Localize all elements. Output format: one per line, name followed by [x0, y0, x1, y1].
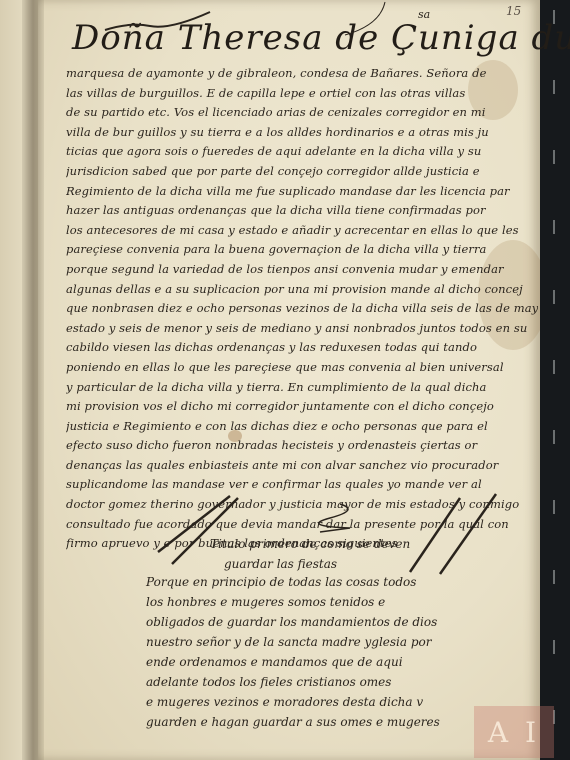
text-line: porque segund la variedad de los tienpos…: [66, 260, 538, 280]
edge-mark: [553, 500, 555, 514]
edge-mark: [553, 430, 555, 444]
edge-mark: [553, 570, 555, 584]
text-line: mi provision vos el dicho mi corregidor …: [66, 397, 538, 417]
text-line: nuestro señor y de la sancta madre ygles…: [146, 632, 486, 652]
text-line: jurisdicion sabed que por parte del conç…: [66, 162, 538, 182]
binding-gutter: [22, 0, 44, 760]
ordinance-text: Porque en principio de todas las cosas t…: [146, 572, 486, 732]
text-line: cabildo viesen las dichas ordenanças y l…: [66, 338, 538, 358]
title-line: Titulo primero de como se deven: [210, 534, 440, 554]
text-line: que nonbrasen diez e ocho personas vezin…: [66, 299, 538, 319]
section-title: Titulo primero de como se deven guardar …: [210, 534, 440, 574]
title-line: guardar las fiestas: [210, 554, 440, 574]
text-line: estado y seis de menor y seis de mediano…: [66, 319, 538, 339]
text-line: efecto suso dicho fueron nonbradas hecis…: [66, 436, 538, 456]
letter-body: marquesa de ayamonte y de gibraleon, con…: [66, 64, 538, 554]
text-line: villa de bur guillos y su tierra e a los…: [66, 123, 538, 143]
text-line: poniendo en ellas lo que les pareçiese q…: [66, 358, 538, 378]
text-line: hazer las antiguas ordenanças que la dic…: [66, 201, 538, 221]
text-line: Regimiento de la dicha villa me fue supl…: [66, 182, 538, 202]
text-line: algunas dellas e a su suplicacion por un…: [66, 280, 538, 300]
text-line: las villas de burguillos. E de capilla l…: [66, 84, 538, 104]
text-line: guarden e hagan guardar a sus omes e mug…: [146, 712, 486, 732]
text-line: Porque en principio de todas las cosas t…: [146, 572, 486, 592]
text-line: y particular de la dicha villa y tierra.…: [66, 378, 538, 398]
text-line: justicia e Regimiento e con las dichas d…: [66, 417, 538, 437]
text-line: de su partido etc. Vos el licenciado ari…: [66, 103, 538, 123]
folio-number: 15: [506, 4, 521, 18]
text-line: ende ordenamos e mandamos que de aqui: [146, 652, 486, 672]
text-line: e mugeres vezinos e moradores desta dich…: [146, 692, 486, 712]
archive-watermark: A I: [474, 706, 554, 758]
edge-mark: [553, 640, 555, 654]
edge-mark: [553, 220, 555, 234]
heading-flourish-icon: [340, 0, 400, 40]
text-line: marquesa de ayamonte y de gibraleon, con…: [66, 64, 538, 84]
edge-mark: [553, 150, 555, 164]
text-line: adelante todos los fieles cristianos ome…: [146, 672, 486, 692]
edge-mark: [553, 80, 555, 94]
heading-flourish-icon: [100, 8, 220, 38]
edge-mark: [553, 360, 555, 374]
text-line: obligados de guardar los mandamientos de…: [146, 612, 486, 632]
text-line: los honbres e mugeres somos tenidos e: [146, 592, 486, 612]
dark-background: [540, 0, 570, 760]
edge-mark: [553, 290, 555, 304]
text-line: los antecesores de mi casa y estado e añ…: [66, 221, 538, 241]
text-line: ticias que agora sois o fueredes de aqui…: [66, 142, 538, 162]
text-line: denanças las quales enbiasteis ante mi c…: [66, 456, 538, 476]
text-line: pareçiese convenia para la buena governa…: [66, 240, 538, 260]
